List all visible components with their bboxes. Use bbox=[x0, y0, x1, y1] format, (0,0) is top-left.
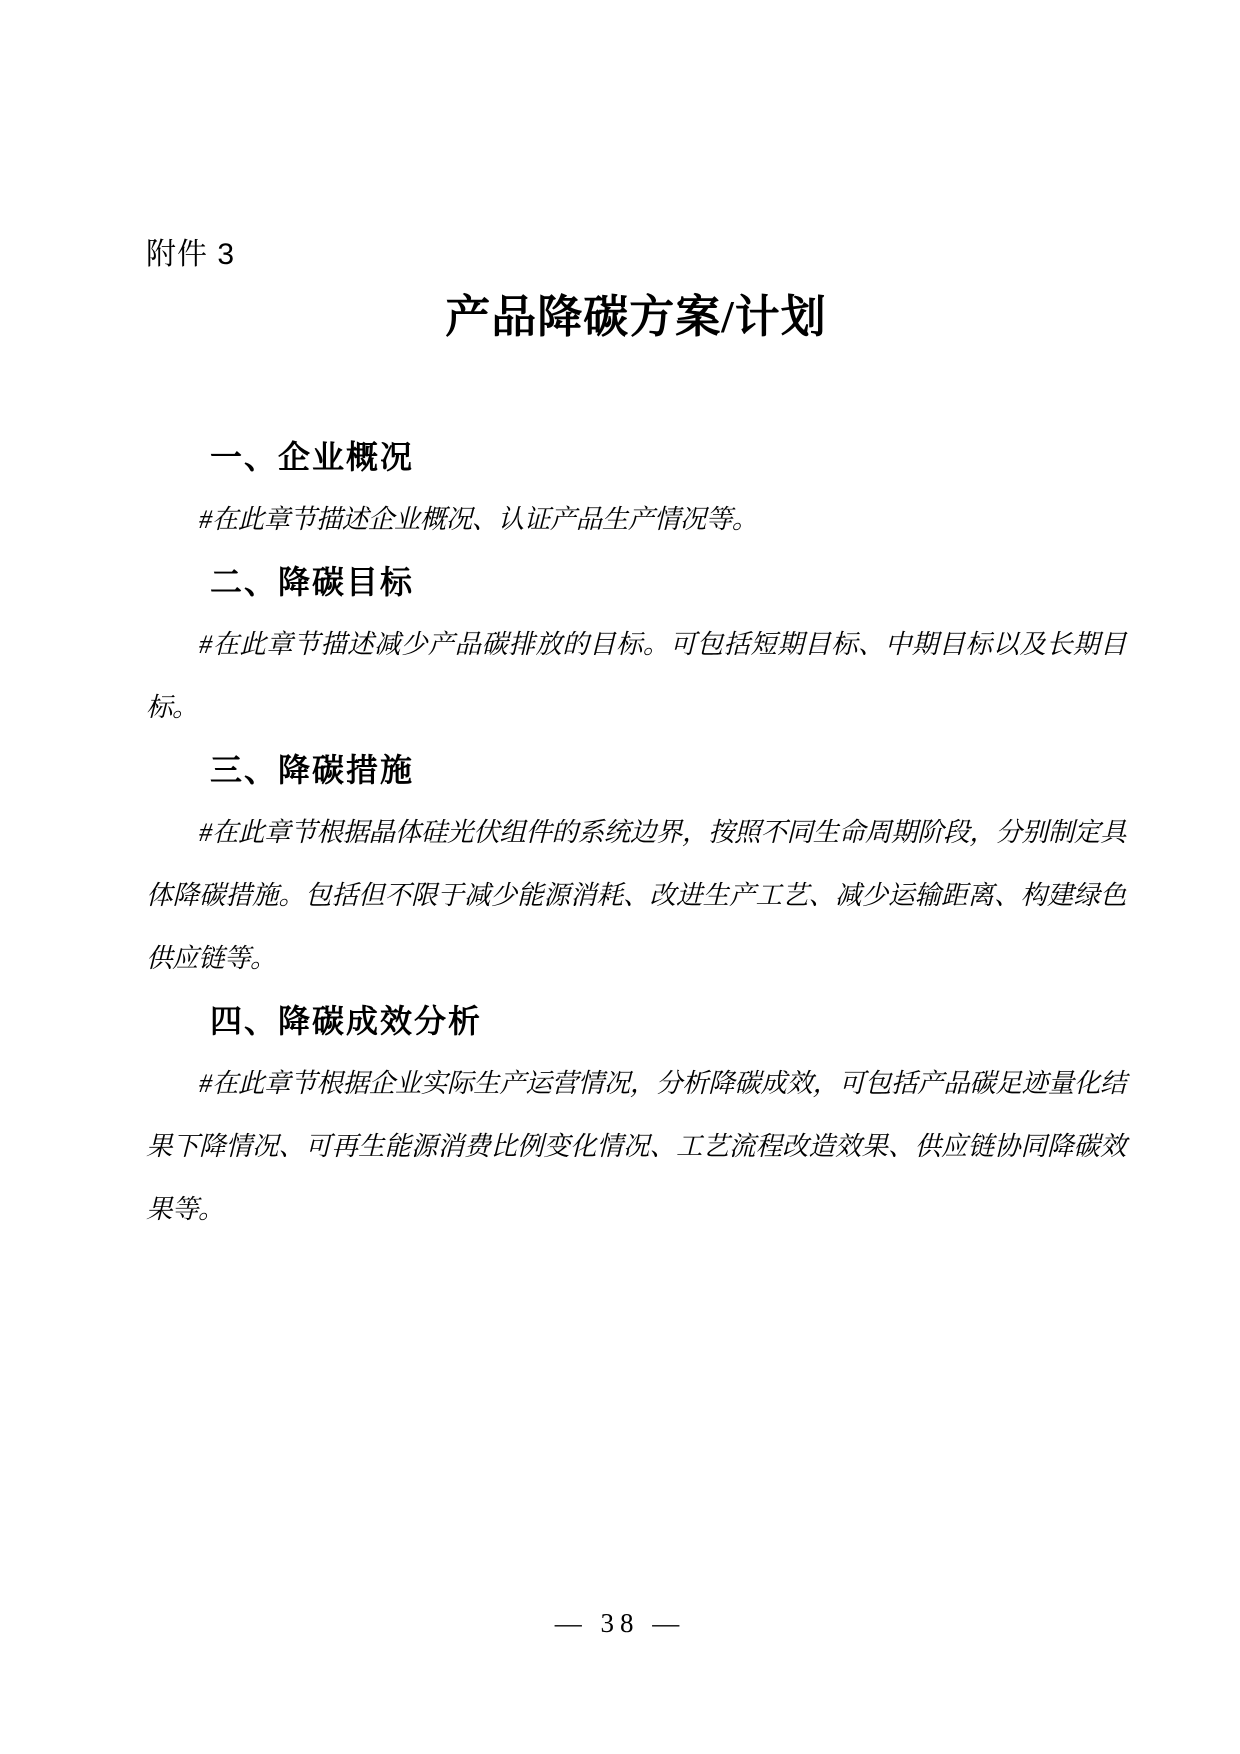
section-heading: 三、降碳措施 bbox=[146, 747, 1126, 793]
section-heading: 二、降碳目标 bbox=[146, 559, 1126, 605]
section-paragraph: #在此章节描述减少产品碳排放的目标。可包括短期目标、中期目标以及长期目标。 bbox=[146, 613, 1126, 739]
document-title: 产品降碳方案/计划 bbox=[146, 290, 1126, 344]
section-paragraph: #在此章节描述企业概况、认证产品生产情况等。 bbox=[146, 488, 1126, 551]
section-heading: 一、企业概况 bbox=[146, 434, 1126, 480]
attachment-label: 附件 3 bbox=[146, 0, 1126, 272]
section-company-overview: 一、企业概况 #在此章节描述企业概况、认证产品生产情况等。 bbox=[146, 434, 1126, 551]
page-number: — 38 — bbox=[0, 1608, 1240, 1639]
document-body: 一、企业概况 #在此章节描述企业概况、认证产品生产情况等。 二、降碳目标 #在此… bbox=[146, 434, 1126, 1241]
section-carbon-reduction-targets: 二、降碳目标 #在此章节描述减少产品碳排放的目标。可包括短期目标、中期目标以及长… bbox=[146, 559, 1126, 739]
document-page: 附件 3 产品降碳方案/计划 一、企业概况 #在此章节描述企业概况、认证产品生产… bbox=[0, 0, 1240, 1754]
section-carbon-reduction-effect-analysis: 四、降碳成效分析 #在此章节根据企业实际生产运营情况，分析降碳成效，可包括产品碳… bbox=[146, 998, 1126, 1241]
section-paragraph: #在此章节根据企业实际生产运营情况，分析降碳成效，可包括产品碳足迹量化结果下降情… bbox=[146, 1052, 1126, 1241]
section-carbon-reduction-measures: 三、降碳措施 #在此章节根据晶体硅光伏组件的系统边界，按照不同生命周期阶段，分别… bbox=[146, 747, 1126, 990]
section-heading: 四、降碳成效分析 bbox=[146, 998, 1126, 1044]
section-paragraph: #在此章节根据晶体硅光伏组件的系统边界，按照不同生命周期阶段，分别制定具体降碳措… bbox=[146, 801, 1126, 990]
